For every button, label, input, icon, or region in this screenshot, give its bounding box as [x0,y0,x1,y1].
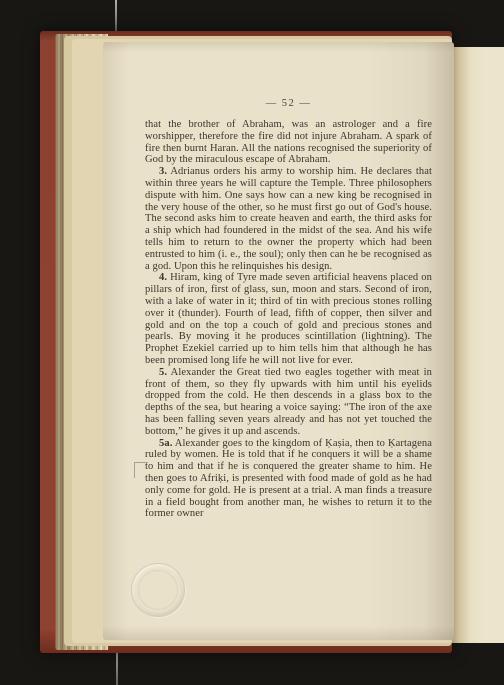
page-number-header: — 52 — [145,98,432,110]
book-page: — 52 — that the brother of Abraham, was … [103,42,454,640]
paragraph-5: 5. Alexander the Great tied two eagles t… [145,367,432,438]
facing-page [452,47,504,643]
pencil-mark [134,462,148,478]
paragraph-number: 4. [159,272,167,283]
photo-backdrop: — 52 — that the brother of Abraham, was … [0,0,504,685]
embossed-stamp [131,563,185,617]
paragraph-5a: 5a. Alexander goes to the kingdom of Ḳaṣ… [145,438,432,521]
paragraph-number: 3. [159,166,167,177]
paragraph-text: Alexander the Great tied two eagles toge… [145,367,432,437]
paragraph-number: 5a. [159,438,172,449]
paragraph-text: that the brother of Abraham, was an astr… [145,119,432,165]
page-text-block: — 52 — that the brother of Abraham, was … [145,98,432,520]
paragraph-3: 3. Adrianus orders his army to worship h… [145,166,432,272]
paragraph-text: Adrianus orders his army to worship him.… [145,166,432,271]
paragraph-number: 5. [159,367,167,378]
paragraph-text: Hiram, king of Tyre made seven artificia… [145,272,432,366]
paragraph-continuation: that the brother of Abraham, was an astr… [145,119,432,166]
paragraph-text: Alexander goes to the kingdom of Ḳaṣia, … [145,438,432,520]
paragraph-4: 4. Hiram, king of Tyre made seven artifi… [145,272,432,366]
